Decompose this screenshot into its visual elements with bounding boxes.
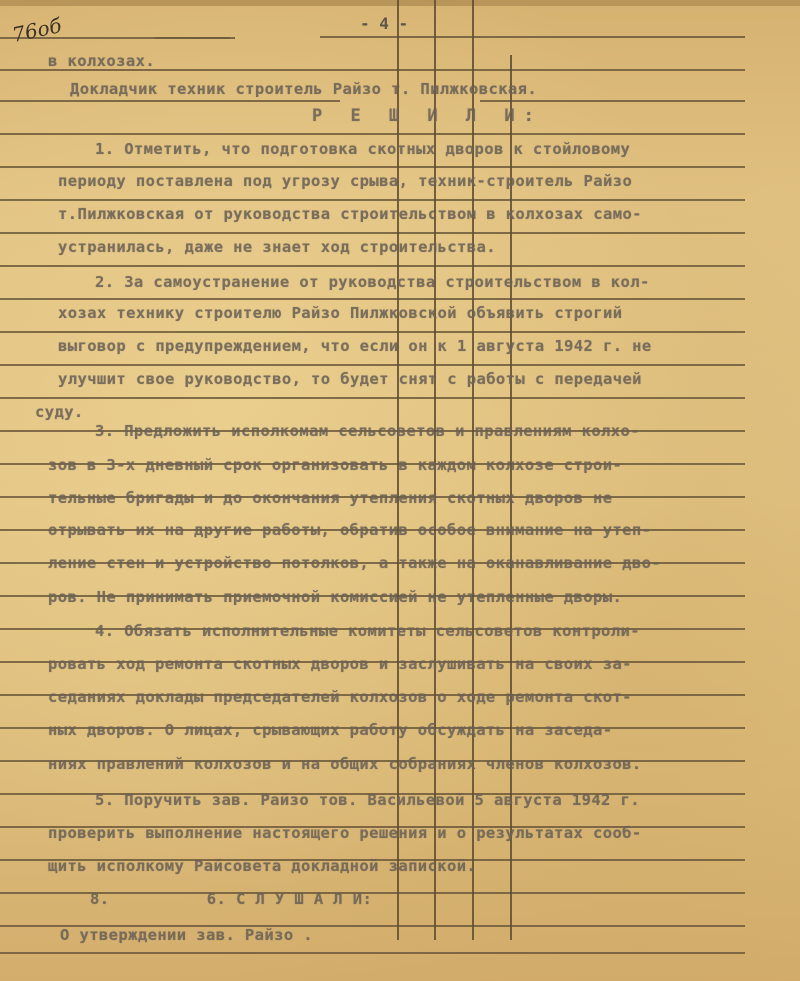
text-line: устранилась, даже не знает ход строитель… (58, 238, 496, 256)
page-number: - 4 - (360, 14, 408, 33)
ruled-line (0, 232, 745, 234)
scanned-document-page: 76об - 4 - в колхозах. Докладчик техник … (0, 0, 800, 981)
text-line: суду. (35, 403, 84, 421)
ruled-line (0, 397, 745, 399)
text-line: ров. Не принимать приемочной комиссией н… (48, 588, 622, 606)
ruled-line (320, 36, 745, 38)
text-line: периоду поставлена под угрозу срыва, тех… (58, 172, 632, 190)
section-heading-heard: 8. 6. С Л У Ш А Л И: (90, 890, 372, 908)
text-line: 3. Предложить исполкомам сельсоветов и п… (95, 422, 640, 440)
ruled-line (0, 199, 745, 201)
text-line: т.Пилжковская от руководства строительст… (58, 205, 642, 223)
ruled-line (0, 952, 745, 954)
text-line: ниях правлений колхозов и на общих собра… (48, 755, 642, 773)
text-line: 2. За самоустранение от руководства стро… (95, 273, 650, 291)
text-line: проверить выполнение настоящего решения … (48, 824, 642, 842)
text-line: ление стен и устройство потолков, а такж… (48, 554, 661, 572)
text-line: отрывать их на другие работы, обратив ос… (48, 521, 651, 539)
text-line: ровать ход ремонта скотных дворов и засл… (48, 655, 632, 673)
text-line: ных дворов. О лицах, срывающих работу об… (48, 721, 612, 739)
paper-edge (0, 0, 800, 6)
text-line: 1. Отметить, что подготовка скотных двор… (95, 140, 630, 158)
ruled-line (0, 298, 745, 300)
ruled-line (0, 100, 340, 102)
text-line: щить исполкому Райсовета докладной запис… (48, 857, 476, 875)
section-heading-resolved: Р Е Ш И Л И: (312, 106, 543, 126)
text-line: зов в 3-х дневный срок организовать в ка… (48, 456, 622, 474)
text-line: тельные бригады и до окончания утепления… (48, 489, 612, 507)
ruled-line (0, 265, 745, 267)
ruled-line (0, 133, 745, 135)
text-line: хозах технику строителю Райзо Пилжковско… (58, 304, 622, 322)
text-line: 4. Обязать исполнительные комитеты сельс… (95, 622, 640, 640)
handwritten-archive-number: 76об (10, 13, 64, 47)
text-line: Докладчик техник строитель Райзо т. Пилж… (70, 80, 537, 98)
ruled-line (155, 37, 235, 39)
text-line: О утверждении зав. Райзо . (60, 926, 313, 944)
text-line: 5. Поручить зав. Райзо тов. Васильевой 5… (95, 791, 640, 809)
text-line: улучшит свое руководство, то будет снят … (58, 370, 642, 388)
ruled-line (0, 331, 745, 333)
text-line: в колхозах. (48, 52, 155, 70)
text-line: седаниях доклады председателей колхозов … (48, 688, 632, 706)
ruled-line (0, 364, 745, 366)
text-line: выговор с предупреждением, что если он к… (58, 337, 652, 355)
ruled-line (0, 166, 745, 168)
ruled-line (480, 100, 745, 102)
